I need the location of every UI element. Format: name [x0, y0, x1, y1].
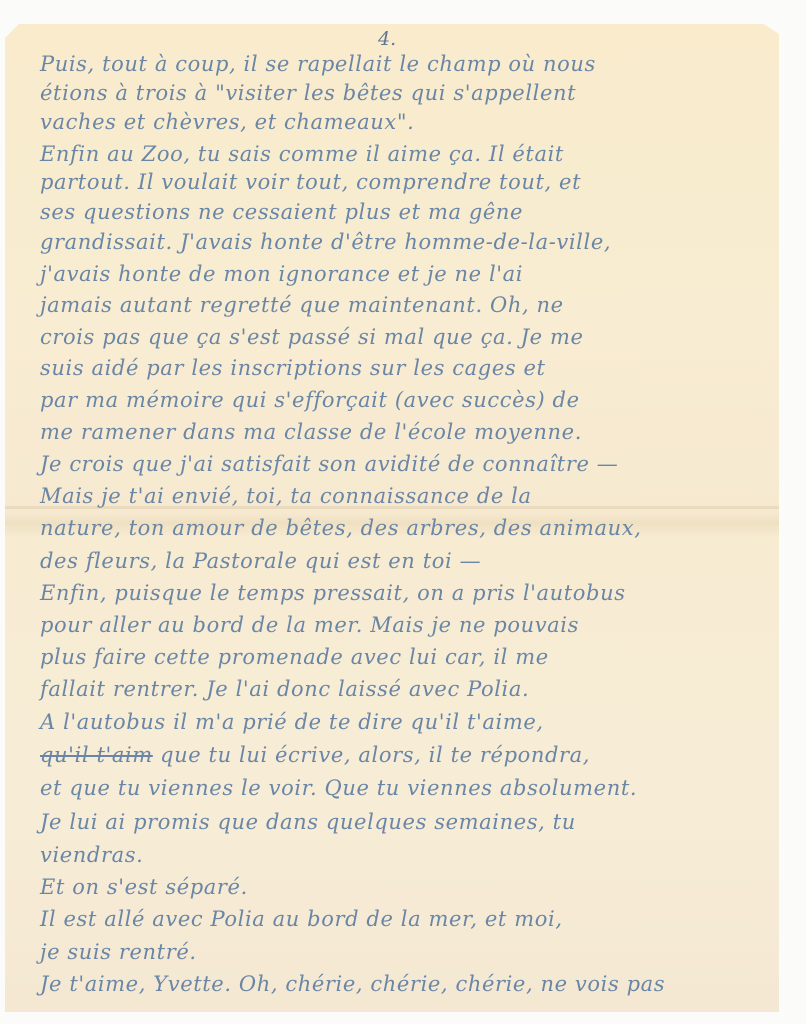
letter-line-8: j'avais honte de mon ignorance et je ne …	[40, 262, 523, 286]
letter-line-1: Puis, tout à coup, il se rapellait le ch…	[40, 52, 596, 76]
struck-out-text: qu'il t'aim	[40, 743, 153, 767]
letter-line-13: me ramener dans ma classe de l'école moy…	[40, 420, 582, 444]
letter-line-12: par ma mémoire qui s'efforçait (avec suc…	[40, 388, 580, 412]
letter-line-22: A l'autobus il m'a prié de te dire qu'il…	[40, 710, 544, 734]
letter-line-10: crois pas que ça s'est passé si mal que …	[40, 325, 584, 349]
letter-line-26: viendras.	[40, 843, 143, 867]
letter-line-11: suis aidé par les inscriptions sur les c…	[40, 356, 546, 380]
page-number: 4.	[378, 28, 396, 50]
letter-line-7: grandissait. J'avais honte d'être homme-…	[40, 230, 611, 254]
letter-line-6: ses questions ne cessaient plus et ma gê…	[40, 200, 523, 224]
letter-line-16: nature, ton amour de bêtes, des arbres, …	[40, 516, 642, 540]
letter-line-30: Je t'aime, Yvette. Oh, chérie, chérie, c…	[40, 972, 665, 996]
letter-line-23-text: que tu lui écrive, alors, il te répondra…	[153, 743, 590, 767]
letter-line-29: je suis rentré.	[40, 940, 197, 964]
letter-line-5: partout. Il voulait voir tout, comprendr…	[40, 170, 581, 194]
letter-line-15: Mais je t'ai envié, toi, ta connaissance…	[40, 484, 532, 508]
letter-line-4: Enfin au Zoo, tu sais comme il aime ça. …	[40, 142, 564, 166]
letter-line-18: Enfin, puisque le temps pressait, on a p…	[40, 581, 626, 605]
letter-line-20: plus faire cette promenade avec lui car,…	[40, 645, 549, 669]
letter-line-27: Et on s'est séparé.	[40, 875, 248, 899]
letter-line-28: Il est allé avec Polia au bord de la mer…	[40, 907, 563, 931]
letter-line-9: jamais autant regretté que maintenant. O…	[40, 293, 564, 317]
letter-line-21: fallait rentrer. Je l'ai donc laissé ave…	[40, 677, 529, 701]
letter-line-17: des fleurs, la Pastorale qui est en toi …	[40, 549, 481, 573]
letter-line-3: vaches et chèvres, et chameaux".	[40, 110, 414, 134]
letter-line-19: pour aller au bord de la mer. Mais je ne…	[40, 613, 579, 637]
letter-line-2: étions à trois à "visiter les bêtes qui …	[40, 81, 576, 105]
letter-line-14: Je crois que j'ai satisfait son avidité …	[40, 452, 618, 476]
letter-line-23: qu'il t'aim que tu lui écrive, alors, il…	[40, 743, 590, 767]
letter-line-24: et que tu viennes le voir. Que tu vienne…	[40, 776, 637, 800]
letter-line-25: Je lui ai promis que dans quelques semai…	[40, 810, 576, 834]
